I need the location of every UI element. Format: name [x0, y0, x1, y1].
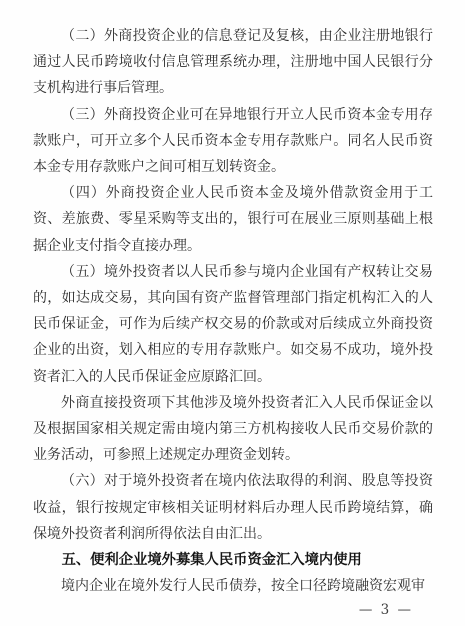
document-page: （二）外商投资企业的信息登记及复核，由企业注册地银行通过人民币跨境收付信息管理系…	[0, 0, 465, 626]
paragraph-item-6: （六）对于境外投资者在境内依法取得的利润、股息等投资收益，银行按规定审核相关证明…	[33, 468, 433, 547]
section-heading-5: 五、便利企业境外募集人民币资金汇入境内使用	[33, 547, 433, 573]
paragraph-item-2: （二）外商投资企业的信息登记及复核，由企业注册地银行通过人民币跨境收付信息管理系…	[33, 23, 433, 102]
paragraph-item-5: （五）境外投资者以人民币参与境内企业国有产权转让交易的，如达成交易，其向国有资产…	[33, 259, 433, 390]
paragraph-item-4: （四）外商投资企业人民币资本金及境外借款资金用于工资、差旅费、零星采购等支出的，…	[33, 180, 433, 259]
document-content: （二）外商投资企业的信息登记及复核，由企业注册地银行通过人民币跨境收付信息管理系…	[33, 23, 433, 599]
paragraph-item-3: （三）外商投资企业可在异地银行开立人民币资本金专用存款账户，可开立多个人民币资本…	[33, 102, 433, 181]
paragraph-supplementary: 外商直接投资项下其他涉及境外投资者汇入人民币保证金以及根据国家相关规定需由境内第…	[33, 390, 433, 469]
paragraph-section-5-body: 境内企业在境外发行人民币债券，按全口径跨境融资宏观审	[33, 573, 433, 599]
page-number: — 3 —	[33, 602, 433, 618]
